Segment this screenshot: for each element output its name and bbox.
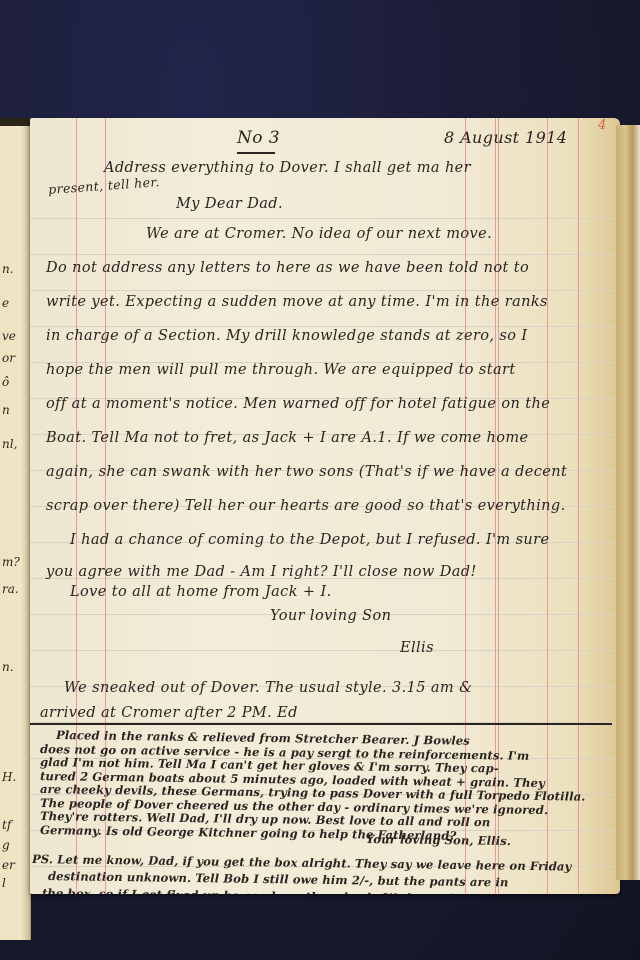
left-page-edge: n.eveorônnl,m?ra.n.H.tfgerl [0,120,31,940]
postscript-line: arrived at Cromer after 2 PM. Ed [40,705,298,721]
letter-body-line: again, she can swank with her two sons (… [46,464,567,480]
letter-body-line: in charge of a Section. My drill knowled… [46,328,528,344]
left-page-fragment: m? [2,555,20,569]
ruled-line [30,650,620,651]
letter-number: No 3 [237,128,280,148]
letter-body-line: you agree with me Dad - Am I right? I'll… [46,564,477,580]
margin-rule [578,118,579,894]
left-page-fragment: g [2,838,10,852]
left-page-fragment: l [2,876,6,890]
left-page-fragment: ve [2,329,16,343]
left-page-fragment: tf [2,818,11,832]
left-page-fragment: n. [2,660,14,674]
page-number: 4 [598,118,607,133]
letter-date: 8 August 1914 [444,128,567,147]
salutation: My Dear Dad. [176,196,283,212]
left-page-fragment: ra. [2,582,19,596]
left-page-fragment: or [2,351,15,365]
signature: Ellis [400,640,434,656]
ruled-line [30,290,620,291]
instruction-line: present, tell her. [48,174,161,197]
ruled-line [30,254,620,255]
section-divider [30,723,612,725]
book-cover-edge [0,118,34,126]
letter-body-line: We are at Cromer. No idea of our next mo… [146,226,492,242]
left-page-fragment: ô [2,375,9,389]
left-page-fragment: n. [2,262,14,276]
letter-body-line: write yet. Expecting a sudden move at an… [46,294,548,310]
ruled-line [30,326,620,327]
left-page-fragment: nl, [2,437,17,451]
ruled-line [30,218,620,219]
left-page-fragment: H. [2,770,16,784]
letter-body-line: I had a chance of coming to the Depot, b… [70,532,549,548]
second-closing: Your loving Son, Ellis. [366,832,511,848]
page-stack-edge [616,125,640,880]
letter-body-line: off at a moment's notice. Men warned off… [46,396,550,412]
left-page-fragment: er [2,858,15,872]
letter-body-line: Love to all at home from Jack + I. [70,584,332,600]
letter-number-underline [237,152,275,154]
letter-page: No 3 8 August 1914 4 Address everything … [30,118,620,894]
left-page-fragment: n [2,403,10,417]
left-page-fragment: e [2,296,9,310]
letter-body-line: Boat. Tell Ma not to fret, as Jack + I a… [46,430,529,446]
closing: Your loving Son [270,608,391,624]
postscript-line: We sneaked out of Dover. The usual style… [64,680,472,696]
letter-body-line: hope the men will pull me through. We ar… [46,362,516,378]
letter-body-line: Do not address any letters to here as we… [46,260,529,276]
letter-body-line: scrap over there) Tell her our hearts ar… [46,498,566,514]
